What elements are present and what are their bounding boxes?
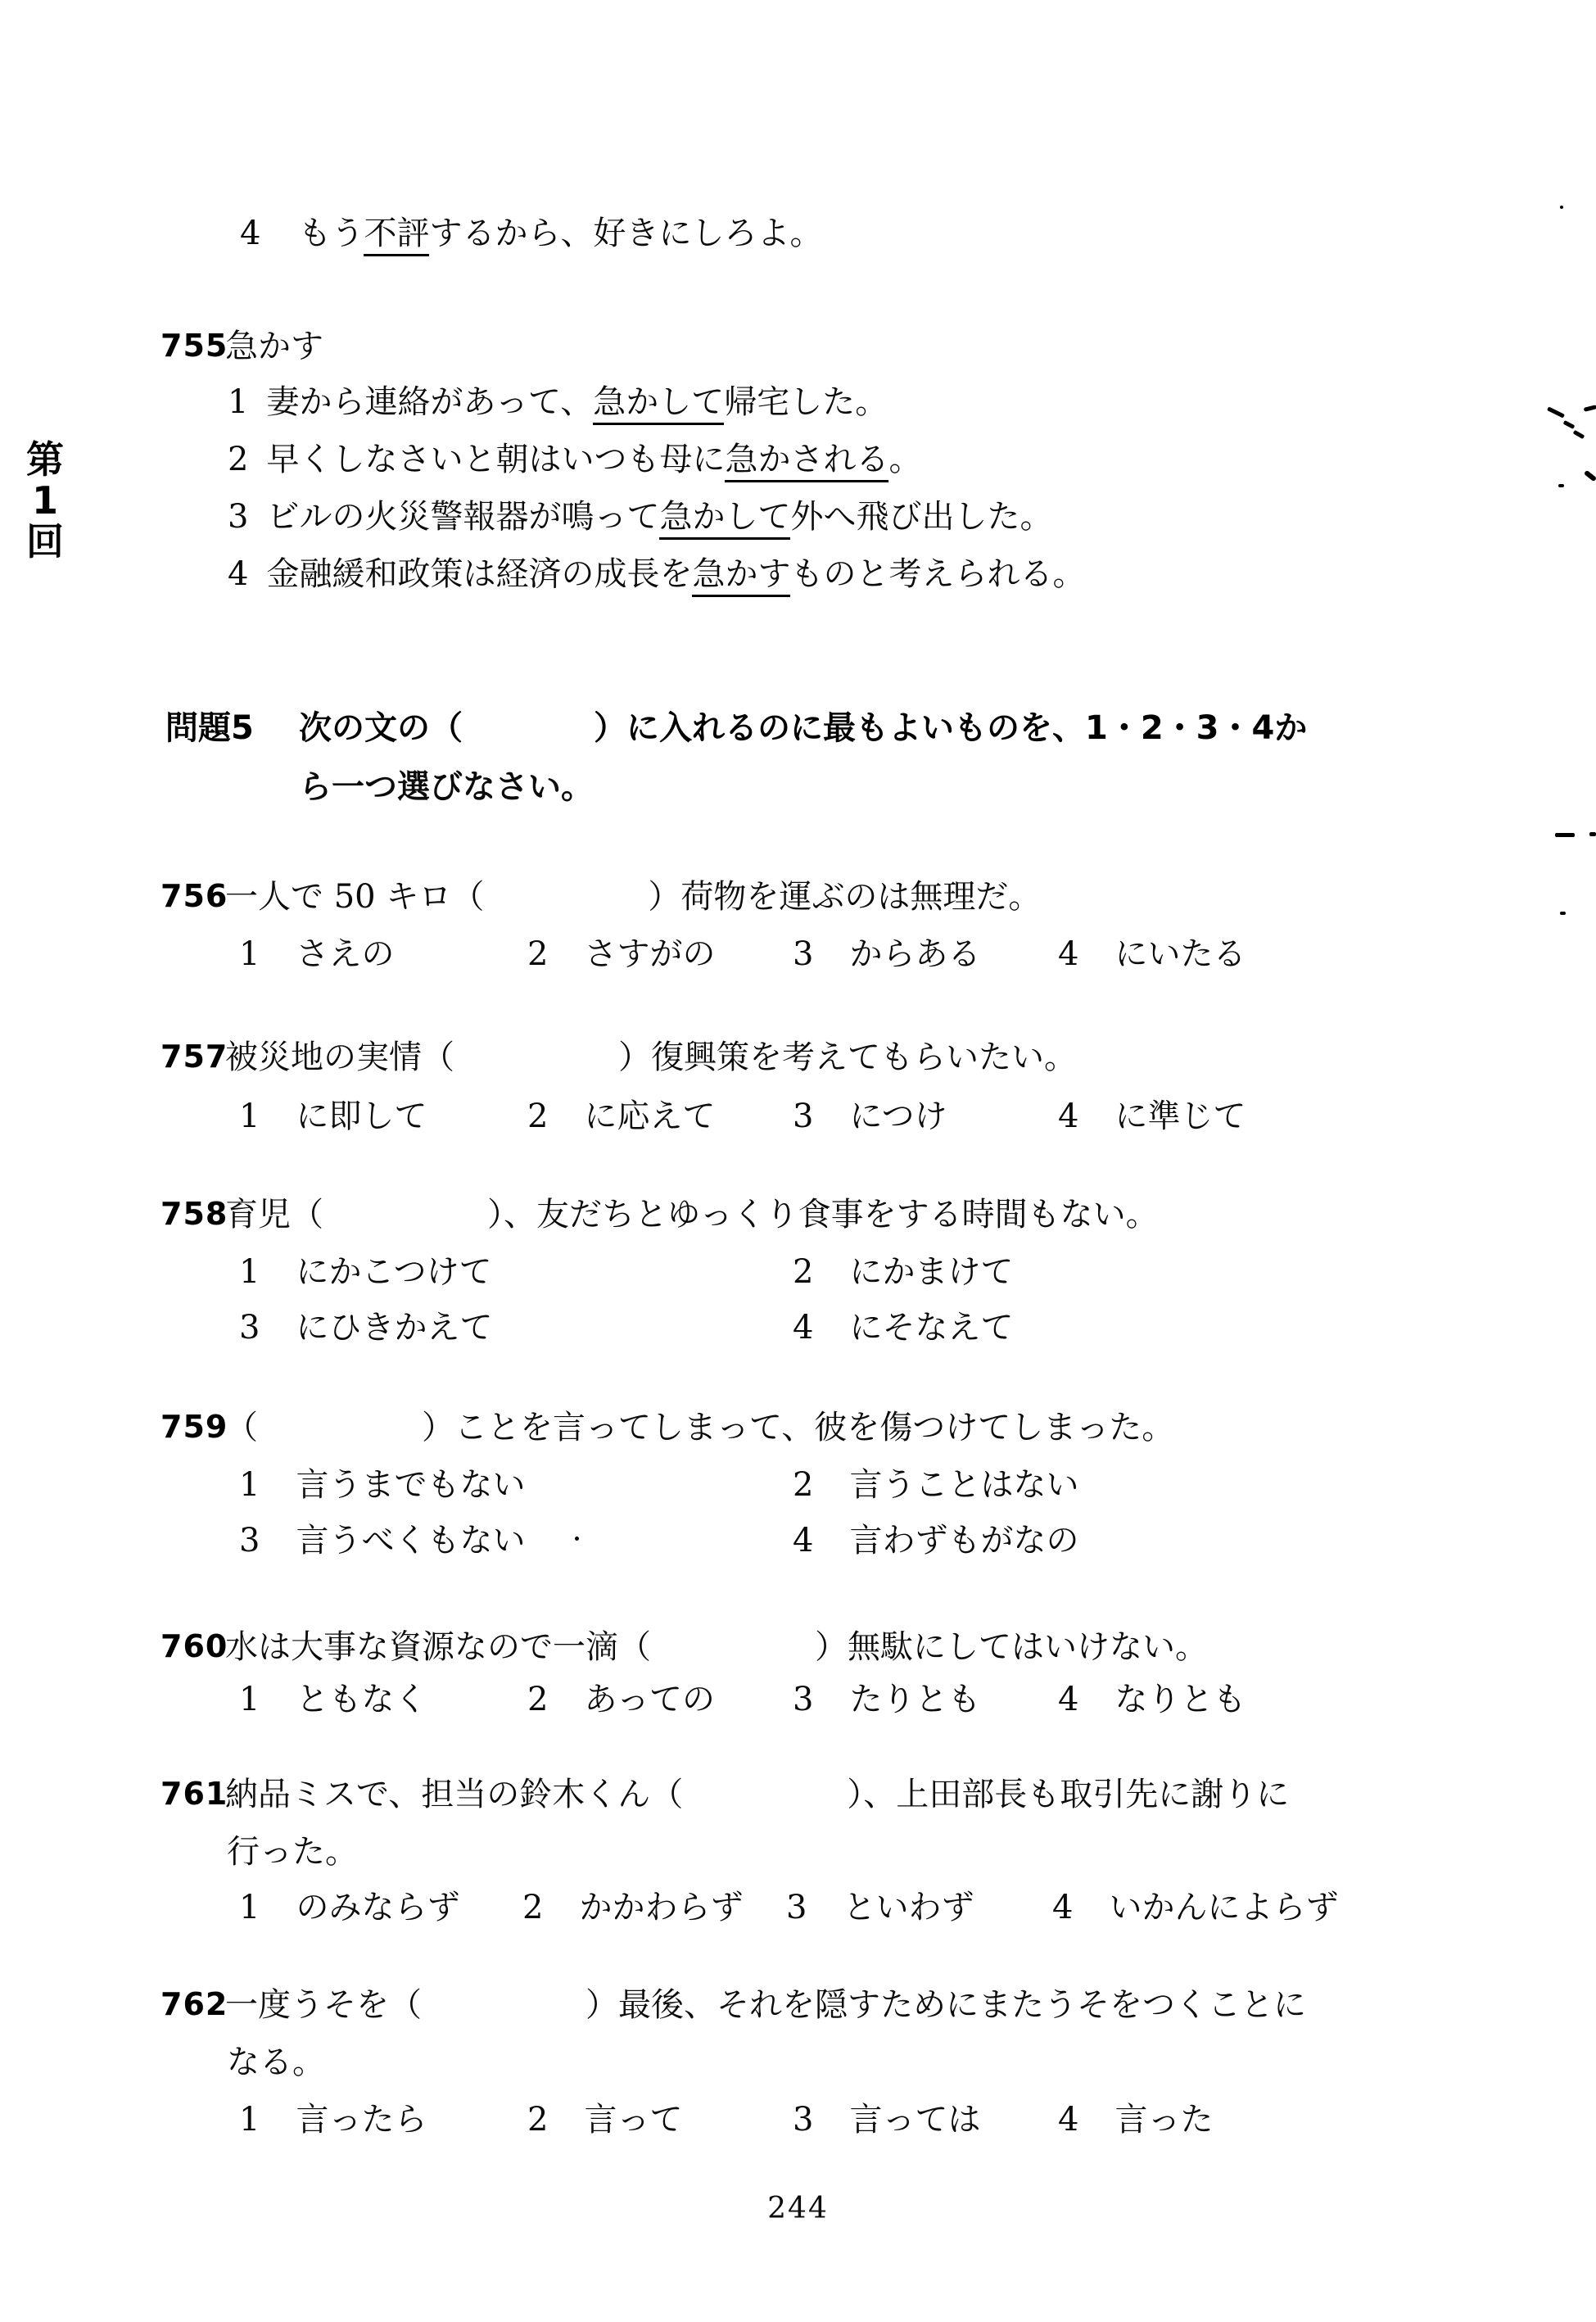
question-title: 急かす [225, 328, 323, 366]
option-number: 2 [228, 441, 248, 479]
options-762: 1言ったら 2言って 3言っては 4言った [0, 2101, 1596, 2143]
option-text: につけ [849, 1098, 947, 1136]
options-757: 1に即して 2に応えて 3につけ 4に準じて [0, 1098, 1596, 1140]
question-762: 762 一度うそを（ ）最後、それを隠すためにまたうそをつくことに [161, 1986, 1306, 2025]
option-number: 2 [522, 1889, 543, 1927]
option-762-2: 2言って [527, 2101, 682, 2139]
option-757-4: 4に準じて [1058, 1098, 1246, 1136]
question-757: 757 被災地の実情（ ）復興策を考えてもらいたい。 [161, 1039, 1077, 1077]
question-text-line1: 納品ミスで、担当の鈴木くん（ ）、上田部長も取引先に謝りに [225, 1776, 1289, 1814]
option-number: 2 [527, 1098, 548, 1136]
option-758-1: 1にかこつけて [239, 1253, 492, 1292]
scan-artifact [1589, 832, 1596, 836]
option-756-2: 2さすがの [527, 935, 715, 974]
option-759-3: 3言うべくもない [239, 1522, 525, 1560]
section-instruction-line2: ら一つ選びなさい。 [299, 768, 594, 807]
option-number: 1 [239, 1681, 260, 1719]
question-755-header: 755 急かす [161, 328, 323, 366]
option-text: ともなく [296, 1681, 427, 1719]
option-number: 1 [239, 1466, 260, 1505]
option-text: 早くしなさいと朝はいつも母に急かされる。 [266, 441, 921, 479]
option-text: にそなえて [849, 1309, 1013, 1347]
option-text: に即して [296, 1098, 427, 1136]
option-757-2: 2に応えて [527, 1098, 715, 1136]
scan-artifact [1560, 206, 1563, 209]
question-761-line2: 行った。 [227, 1833, 358, 1872]
option-number: 1 [228, 383, 248, 422]
question-758: 758 育児（ ）、友だちとゆっくり食事をする時間もない。 [161, 1196, 1159, 1234]
option-number: 2 [793, 1253, 813, 1292]
option-text: なりとも [1114, 1681, 1246, 1719]
question-text: 水は大事な資源なので一滴（ ）無駄にしてはいけない。 [225, 1628, 1208, 1667]
question-text: （ ）ことを言ってしまって、彼を傷つけてしまった。 [225, 1409, 1174, 1447]
scan-artifact [1555, 833, 1575, 837]
option-number: 3 [239, 1309, 260, 1347]
scan-artifact [1558, 484, 1564, 487]
option-757-3: 3につけ [793, 1098, 947, 1136]
option-text: 言うまでもない [296, 1466, 525, 1505]
option-text: あっての [584, 1681, 715, 1719]
option-text: 言ったら [296, 2101, 427, 2139]
options-756: 1さえの 2さすがの 3からある 4にいたる [0, 935, 1596, 978]
option-759-4: 4言わずもがなの [793, 1522, 1078, 1560]
option-761-3: 3といわず [786, 1889, 974, 1927]
section-instruction-line1: 次の文の（ ）に入れるのに最もよいものを、1・2・3・4か [299, 709, 1307, 748]
option-760-2: 2あっての [527, 1681, 715, 1719]
option-756-4: 4にいたる [1058, 935, 1246, 974]
option-number: 4 [228, 555, 248, 594]
question-number: 759 [161, 1409, 219, 1446]
option-762-1: 1言ったら [239, 2101, 427, 2139]
option-number: 3 [793, 1098, 813, 1136]
volume-marker-char: 回 [26, 521, 64, 562]
option-number: 3 [239, 1522, 260, 1560]
section-heading: 問題5 次の文の（ ）に入れるのに最もよいものを、1・2・3・4か [165, 709, 1307, 748]
option-number: 2 [527, 1681, 548, 1719]
option-760-3: 3たりとも [793, 1681, 980, 1719]
option-756-1: 1さえの [239, 935, 394, 974]
volume-marker-char: 1 [32, 480, 58, 521]
option-number: 1 [239, 935, 260, 974]
scan-artifact [1560, 912, 1566, 915]
option-756-3: 3からある [793, 935, 980, 974]
option-text: ビルの火災警報器が鳴って急かして外へ飛び出した。 [266, 498, 1052, 536]
option-text: からある [849, 935, 980, 974]
option-number: 2 [793, 1466, 813, 1505]
option-758-4: 4にそなえて [793, 1309, 1013, 1347]
option-number: 4 [793, 1309, 813, 1347]
option-text: 言わずもがなの [849, 1522, 1078, 1560]
option-number: 4 [1058, 1098, 1078, 1136]
question-762-line2: なる。 [227, 2044, 325, 2082]
option-757-1: 1に即して [239, 1098, 427, 1136]
scan-artifact [1584, 470, 1596, 482]
option-text: さえの [296, 935, 394, 974]
option-number: 1 [239, 1253, 260, 1292]
option-text: 言った [1114, 2101, 1213, 2139]
question-number: 755 [161, 328, 219, 364]
option-number: 3 [793, 1681, 813, 1719]
option-number: 3 [793, 935, 813, 974]
option-number: 3 [228, 498, 248, 536]
option-text: にかこつけて [296, 1253, 491, 1292]
option-text: にいたる [1114, 935, 1246, 974]
option-759-1: 1言うまでもない [239, 1466, 525, 1505]
option-762-3: 3言っては [793, 2101, 980, 2139]
question-number: 756 [161, 878, 219, 915]
option-text: かかわらず [579, 1889, 743, 1927]
option-755-3: 3 ビルの火災警報器が鳴って急かして外へ飛び出した。 [228, 498, 1052, 536]
option-number: 4 [1052, 1889, 1073, 1927]
option-761-4: 4いかんによらず [1052, 1889, 1338, 1927]
question-761: 761 納品ミスで、担当の鈴木くん（ ）、上田部長も取引先に謝りに [161, 1776, 1289, 1814]
option-number: 2 [527, 2101, 548, 2139]
scan-artifact [1573, 430, 1585, 439]
options-761: 1のみならず 2かかわらず 3といわず 4いかんによらず [0, 1889, 1596, 1931]
option-number: 4 [240, 215, 260, 253]
question-number: 760 [161, 1628, 219, 1665]
option-text: もう不評するから、好きにしろよ。 [298, 215, 822, 253]
options-758-row2: 3にひきかえて 4にそなえて [0, 1309, 1596, 1351]
option-number: 4 [1058, 2101, 1078, 2139]
question-756: 756 一人で 50 キロ（ ）荷物を運ぶのは無理だ。 [161, 878, 1041, 917]
option-text: に準じて [1114, 1098, 1246, 1136]
option-759-2: 2言うことはない [793, 1466, 1078, 1505]
scan-artifact [575, 1537, 579, 1541]
options-758-row1: 1にかこつけて 2にかまけて [0, 1253, 1596, 1296]
option-text: のみならず [296, 1889, 459, 1927]
option-762-4: 4言った [1058, 2101, 1213, 2139]
document-page: 第 1 回 4 もう不評するから、好きにしろよ。 755 急かす 1 妻から連絡… [0, 0, 1596, 2322]
option-text: 金融緩和政策は経済の成長を急かすものと考えられる。 [266, 555, 1085, 594]
page-number: 244 [0, 2192, 1596, 2225]
option-text: いかんによらず [1109, 1889, 1338, 1927]
option-755-2: 2 早くしなさいと朝はいつも母に急かされる。 [228, 441, 921, 479]
option-number: 2 [527, 935, 548, 974]
volume-marker-char: 第 [26, 439, 64, 480]
option-text: 言うことはない [849, 1466, 1078, 1505]
option-760-1: 1ともなく [239, 1681, 427, 1719]
question-number: 761 [161, 1776, 219, 1813]
options-759-row1: 1言うまでもない 2言うことはない [0, 1466, 1596, 1509]
option-text: にかまけて [849, 1253, 1013, 1292]
option-text: たりとも [849, 1681, 980, 1719]
option-text: さすがの [584, 935, 715, 974]
option-755-4: 4 金融緩和政策は経済の成長を急かすものと考えられる。 [228, 555, 1085, 594]
option-761-2: 2かかわらず [522, 1889, 743, 1927]
question-text: 被災地の実情（ ）復興策を考えてもらいたい。 [225, 1039, 1077, 1077]
option-758-2: 2にかまけて [793, 1253, 1013, 1292]
option-text: 妻から連絡があって、急かして帰宅した。 [266, 383, 888, 422]
options-760: 1ともなく 2あっての 3たりとも 4なりとも [0, 1681, 1596, 1723]
options-759-row2: 3言うべくもない 4言わずもがなの [0, 1522, 1596, 1564]
question-number: 762 [161, 1986, 219, 2023]
option-number: 3 [793, 2101, 813, 2139]
option-text: 言っては [849, 2101, 980, 2139]
option-758-3: 3にひきかえて [239, 1309, 492, 1347]
option-number: 4 [1058, 1681, 1078, 1719]
option-text: 言うべくもない [296, 1522, 525, 1560]
option-number: 4 [1058, 935, 1078, 974]
option-text: に応えて [584, 1098, 715, 1136]
option-text: にひきかえて [296, 1309, 492, 1347]
carryover-option: 4 もう不評するから、好きにしろよ。 [240, 215, 822, 253]
option-number: 4 [793, 1522, 813, 1560]
section-label: 問題5 [165, 709, 299, 748]
option-755-1: 1 妻から連絡があって、急かして帰宅した。 [228, 383, 888, 422]
scan-artifact [1584, 405, 1596, 412]
question-text: 一人で 50 キロ（ ）荷物を運ぶのは無理だ。 [225, 878, 1041, 917]
option-761-1: 1のみならず [239, 1889, 459, 1927]
scan-artifact [1563, 420, 1576, 429]
option-number: 1 [239, 1098, 260, 1136]
option-text: といわず [843, 1889, 974, 1927]
question-number: 757 [161, 1039, 219, 1075]
volume-marker: 第 1 回 [20, 439, 70, 562]
option-number: 1 [239, 1889, 260, 1927]
option-number: 3 [786, 1889, 807, 1927]
question-text-line1: 一度うそを（ ）最後、それを隠すためにまたうそをつくことに [225, 1986, 1306, 2025]
question-number: 758 [161, 1196, 219, 1233]
question-text: 育児（ ）、友だちとゆっくり食事をする時間もない。 [225, 1196, 1159, 1234]
scan-artifact [1547, 406, 1565, 418]
question-760: 760 水は大事な資源なので一滴（ ）無駄にしてはいけない。 [161, 1628, 1208, 1667]
option-number: 1 [239, 2101, 260, 2139]
option-760-4: 4なりとも [1058, 1681, 1246, 1719]
question-759: 759 （ ）ことを言ってしまって、彼を傷つけてしまった。 [161, 1409, 1174, 1447]
option-text: 言って [584, 2101, 682, 2139]
